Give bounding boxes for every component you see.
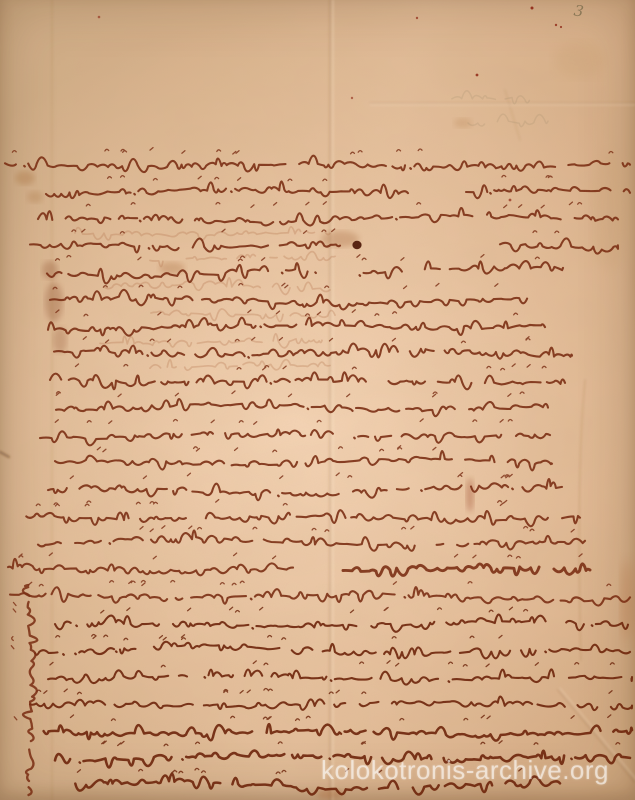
manuscript-render-layer: [0, 0, 635, 800]
manuscript-photo: 3 kolokotronis-archive.org: [0, 0, 635, 800]
paper-grain-texture: [0, 0, 635, 800]
